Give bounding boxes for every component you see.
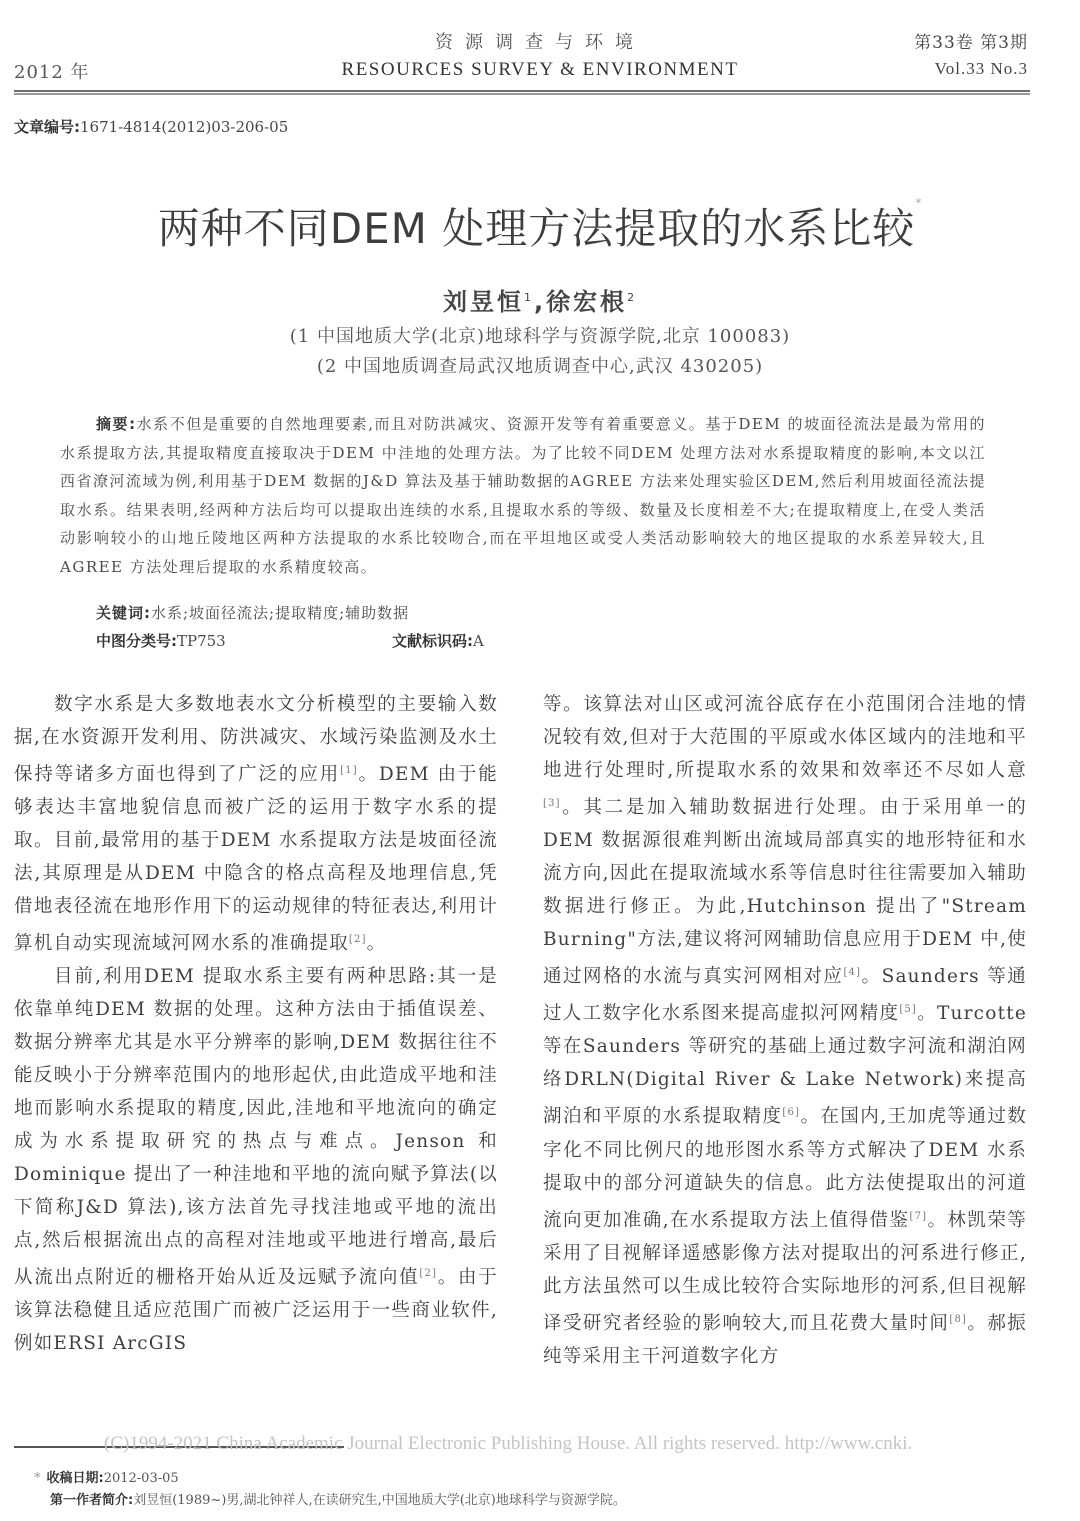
first-author-bio: 刘昱恒(1989~)男,湖北钟祥人,在读研究生,中国地质大学(北京)地球科学与资… (133, 1493, 626, 1508)
classification-number: 中图分类号:TP753 (96, 630, 226, 651)
first-author-footnote: 第一作者简介:刘昱恒(1989~)男,湖北钟祥人,在读研究生,中国地质大学(北京… (50, 1489, 626, 1508)
citation: [4] (843, 967, 861, 978)
body-column-right: 等。该算法对山区或河流谷底存在小范围闭合洼地的情况较有效,但对于大范围的平原或水… (543, 688, 1027, 1373)
journal-title-en: RESOURCES SURVEY & ENVIRONMENT (0, 59, 1080, 81)
author-list: 刘昱恒1,徐宏根2 (0, 282, 1080, 317)
paragraph-text: 目前,利用DEM 提取水系主要有两种思路:其一是依靠单纯DEM 数据的处理。这种… (14, 966, 498, 1288)
citation: [5] (899, 1004, 917, 1015)
paragraph-text: 。DEM 由于能够表达丰富地貌信息而被广泛的运用于数字水系的提取。目前,最常用的… (14, 764, 498, 954)
citation: [7] (909, 1211, 927, 1222)
citation: [2] (419, 1268, 437, 1279)
abstract: 摘要:水系不但是重要的自然地理要素,而且对防洪减灾、资源开发等有着重要意义。基于… (60, 410, 986, 581)
classification-label: 中图分类号: (96, 632, 177, 650)
keywords: 关键词:水系;坡面径流法;提取精度;辅助数据 (96, 602, 409, 623)
footnote-star: * (34, 1471, 41, 1486)
body-column-left: 数字水系是大多数地表水文分析模型的主要输入数据,在水资源开发利用、防洪减灾、水域… (14, 688, 498, 1360)
volume-issue-en: Vol.33 No.3 (935, 59, 1028, 79)
paragraph-text: 。其二是加入辅助数据进行处理。由于采用单一的DEM 数据源很难判断出流域局部真实… (543, 797, 1027, 987)
received-date-footnote: *收稿日期:2012-03-05 (34, 1467, 179, 1486)
keywords-text: 水系;坡面径流法;提取精度;辅助数据 (151, 604, 409, 622)
citation: [1] (340, 765, 358, 776)
keywords-label: 关键词: (96, 604, 151, 622)
copyright-watermark: (C)1994-2021 China Academic Journal Elec… (104, 1433, 912, 1455)
author-1-affil: 1 (524, 291, 534, 304)
author-separator: , (534, 288, 546, 316)
document-code: 文献标识码:A (392, 630, 484, 651)
citation: [8] (949, 1314, 967, 1325)
abstract-text: 水系不但是重要的自然地理要素,而且对防洪减灾、资源开发等有着重要意义。基于DEM… (60, 415, 986, 576)
volume-issue-cn: 第33卷 第3期 (914, 28, 1028, 53)
affiliation-2: (2 中国地质调查局武汉地质调查中心,武汉 430205) (0, 352, 1080, 378)
citation: [2] (349, 934, 367, 945)
body-paragraph: 目前,利用DEM 提取水系主要有两种思路:其一是依靠单纯DEM 数据的处理。这种… (14, 960, 498, 1360)
citation: [3] (543, 798, 561, 809)
article-number-value: 1671-4814(2012)03-206-05 (80, 118, 288, 136)
paragraph-text: 。 (367, 933, 387, 954)
article-number-label: 文章编号: (14, 118, 80, 136)
paper-title: 两种不同DEM 处理方法提取的水系比较* (0, 196, 1080, 256)
body-paragraph-continued: 等。该算法对山区或河流谷底存在小范围闭合洼地的情况较有效,但对于大范围的平原或水… (543, 688, 1027, 1373)
author-2: 徐宏根 (546, 288, 627, 316)
document-code-label: 文献标识码: (392, 632, 473, 650)
received-date-value: 2012-03-05 (104, 1471, 179, 1486)
header-double-rule (14, 90, 1030, 95)
classification-value: TP753 (177, 632, 226, 650)
first-author-label: 第一作者简介: (50, 1493, 133, 1508)
author-1: 刘昱恒 (443, 288, 524, 316)
paragraph-text: 等。该算法对山区或河流谷底存在小范围闭合洼地的情况较有效,但对于大范围的平原或水… (543, 694, 1027, 781)
received-date-label: 收稿日期: (47, 1471, 104, 1486)
document-code-value: A (473, 632, 484, 650)
author-2-affil: 2 (627, 291, 637, 304)
abstract-label: 摘要: (96, 415, 137, 433)
affiliation-1: (1 中国地质大学(北京)地球科学与资源学院,北京 100083) (0, 322, 1080, 348)
article-number: 文章编号:1671-4814(2012)03-206-05 (14, 116, 288, 137)
body-paragraph: 数字水系是大多数地表水文分析模型的主要输入数据,在水资源开发利用、防洪减灾、水域… (14, 688, 498, 960)
paper-title-text: 两种不同DEM 处理方法提取的水系比较 (158, 204, 915, 253)
citation: [6] (782, 1107, 800, 1118)
title-footnote-mark: * (915, 196, 922, 210)
